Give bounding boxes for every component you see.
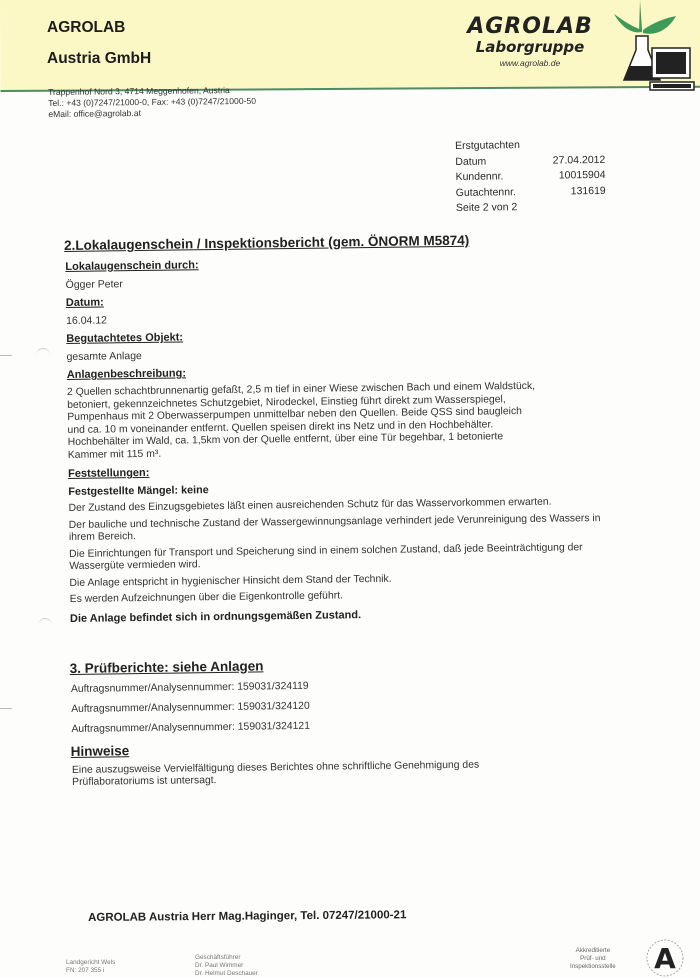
finding-item: Der bauliche und technische Zustand der … [69,512,628,544]
phone-fax: Tel.: +43 (0)7247/21000-0, Fax: +43 (0)7… [48,96,256,109]
lab-plant-computer-icon [612,0,700,95]
agrolab-logo: AGROLAB Laborgruppe www.agrolab.de [465,16,595,68]
conclusion: Die Anlage befindet sich in ordnungsgemä… [70,605,629,624]
hints-title: Hinweise [71,736,631,758]
date-label: Datum: [66,290,625,309]
management-line: Dr. Helmut Deschauer [195,970,258,978]
contact-line: AGROLAB Austria Herr Mag.Haginger, Tel. … [88,909,406,924]
fold-mark [0,355,12,356]
description-text: 2 Quellen schachtbrunnenartig gefaßt, 2,… [67,380,627,462]
court-line: Landgericht Wels [66,959,115,967]
description-label: Anlagenbeschreibung: [67,362,626,381]
document-meta: Erstgutachten Datum 27.04.2012 Kundennr.… [455,137,606,217]
accreditation-line: Prüf- und [570,955,616,963]
company-address-block: Trappenhof Nord 3, 4714 Meggenhofen, Aus… [48,85,256,120]
punch-hole-mark [36,348,50,363]
defects-statement: Festgestellte Mängel: keine [68,479,627,498]
meta-value: 27.04.2012 [553,152,606,168]
inspector-value: Ögger Peter [66,272,625,291]
company-name-line2: Austria GmbH [47,50,151,68]
accreditation-line: Inspektionsstelle [570,963,616,971]
court-registration: Landgericht Wels FN: 207 355 i [66,959,115,975]
findings-label: Feststellungen: [68,461,627,480]
meta-row-report-no: Gutachtennr. 131619 [456,183,606,201]
logo-title: AGROLAB [465,16,595,38]
date-value: 16.04.12 [66,308,625,327]
object-value: gesamte Anlage [66,344,625,363]
meta-value: 131619 [571,183,606,199]
accreditation-seal-icon: A [645,938,685,978]
company-name: AGROLAB [47,19,125,37]
section-2-title: 2.Lokalaugenschein / Inspektionsbericht … [64,231,624,253]
report-body: 2.Lokalaugenschein / Inspektionsbericht … [64,231,631,794]
logo-subtitle: Laborgruppe [465,38,595,56]
object-label: Begutachtetes Objekt: [66,326,625,345]
order-number: Auftragsnummer/Analysennummer: 159031/32… [71,676,630,694]
inspector-label: Lokalaugenschein durch: [65,254,624,273]
punch-hole-mark [38,618,52,633]
meta-label: Datum [455,154,486,170]
meta-label: Kundennr. [455,169,503,185]
section-3-title: 3. Prüfberichte: siehe Anlagen [70,653,630,675]
order-number: Auftragsnummer/Analysennummer: 159031/32… [71,696,630,714]
letterhead-band [0,0,700,92]
management-line: Dr. Paul Wimmer [195,962,258,970]
meta-label: Gutachtennr. [456,185,516,201]
court-line: FN: 207 355 i [66,967,115,975]
finding-item: Die Einrichtungen für Transport und Spei… [69,541,628,573]
meta-value: 10015904 [559,168,606,184]
email: eMail: office@agrolab.at [48,107,256,120]
accreditation-text: Akkreditierte Prüf- und Inspektionsstell… [570,947,616,971]
management: Geschäftsführer Dr. Paul Wimmer Dr. Helm… [195,954,258,978]
fold-mark [0,708,12,709]
hints-text: Eine auszugsweise Vervielfältigung diese… [72,757,631,789]
finding-item: Es werden Aufzeichnungen über die Eigenk… [70,587,629,607]
management-line: Geschäftsführer [195,954,258,962]
page-number: Seite 2 von 2 [456,199,606,217]
accreditation-line: Akkreditierte [570,947,616,955]
logo-url: www.agrolab.de [465,58,595,68]
svg-text:A: A [654,942,676,975]
order-number: Auftragsnummer/Analysennummer: 159031/32… [71,716,630,734]
